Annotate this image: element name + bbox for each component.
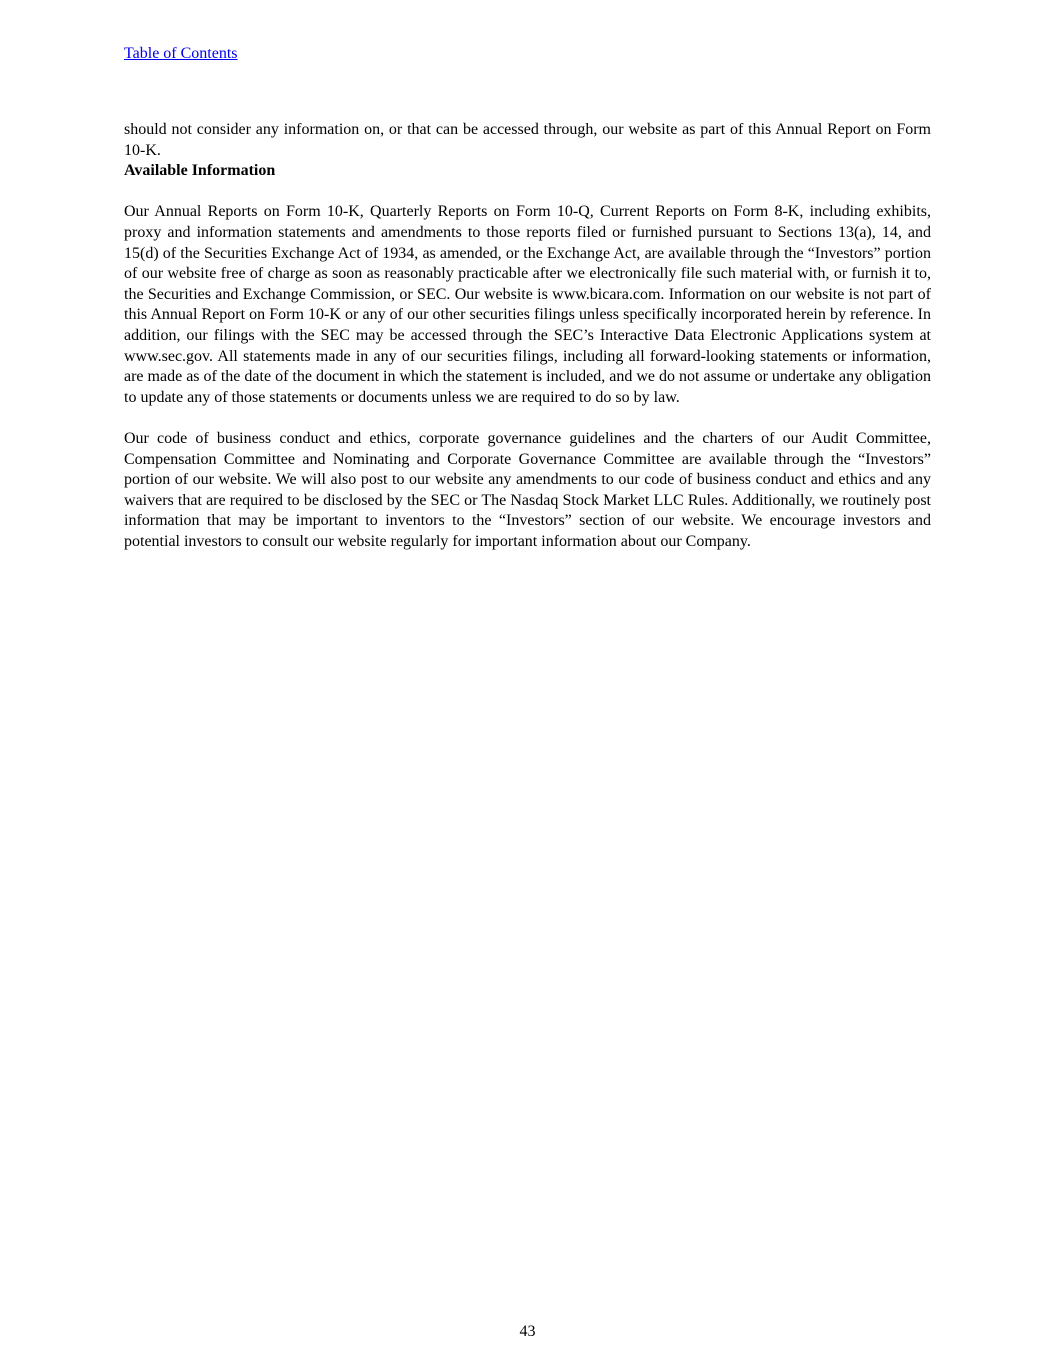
paragraph-spacer [124,182,931,203]
page-number: 43 [0,1322,1055,1342]
document-body: should not consider any information on, … [124,120,931,552]
continued-paragraph: should not consider any information on, … [124,120,931,161]
paragraph-filings-availability: Our Annual Reports on Form 10-K, Quarter… [124,202,931,408]
section-heading-available-information: Available Information [124,161,931,182]
paragraph-code-of-conduct: Our code of business conduct and ethics,… [124,429,931,553]
paragraph-spacer [124,408,931,429]
table-of-contents-link[interactable]: Table of Contents [124,44,238,64]
